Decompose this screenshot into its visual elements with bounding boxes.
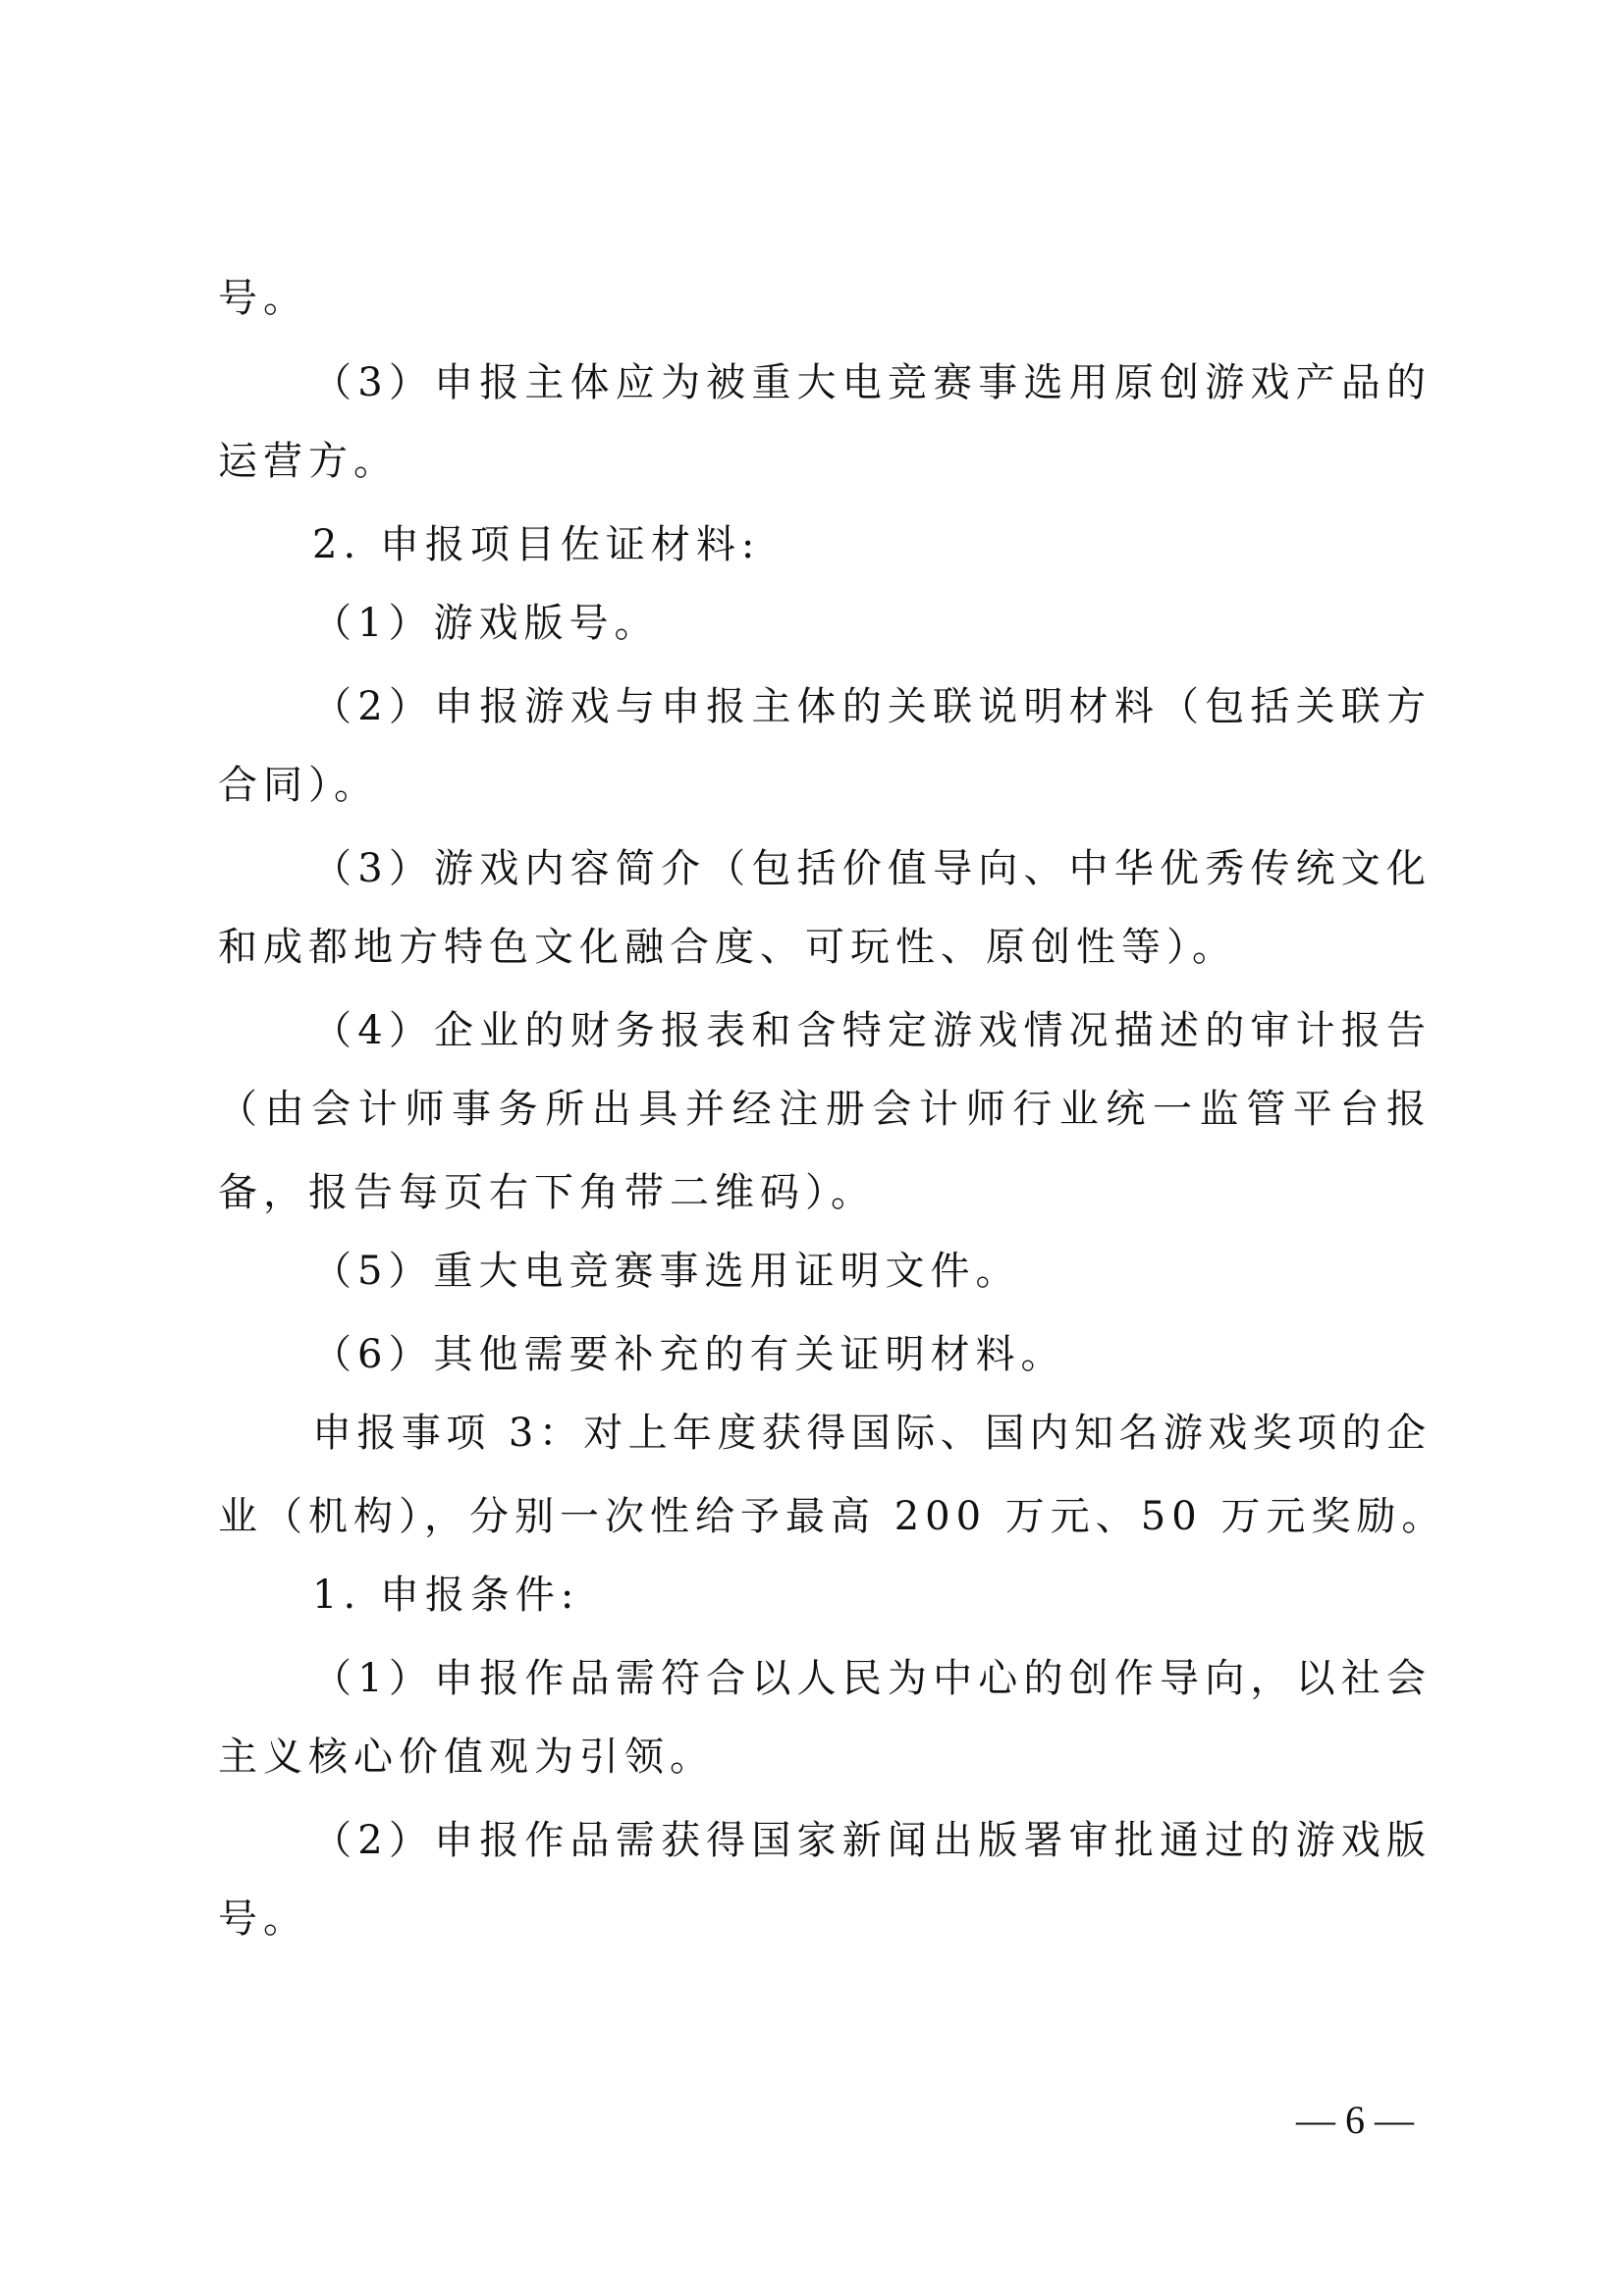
text-line: （4）企业的财务报表和含特定游戏情况描述的审计报告 [312, 1011, 1426, 1050]
text-line: 合同）。 [218, 766, 1426, 805]
text-line: 运营方。 [218, 442, 1426, 481]
text-line: （5）重大电竞赛事选用证明文件。 [312, 1252, 1426, 1291]
text-line: （6）其他需要补充的有关证明材料。 [312, 1335, 1426, 1374]
text-line: （3）申报主体应为被重大电竞赛事选用原创游戏产品的 [312, 363, 1426, 402]
text-line: （2）申报游戏与申报主体的关联说明材料（包括关联方 [312, 687, 1426, 726]
text-line: （2）申报作品需获得国家新闻出版署审批通过的游戏版 [312, 1821, 1426, 1860]
text-line: 号。 [218, 1899, 1426, 1939]
text-line: 和成都地方特色文化融合度、可玩性、原创性等）。 [218, 928, 1426, 967]
text-line: （3）游戏内容简介（包括价值导向、中华优秀传统文化 [312, 849, 1426, 888]
text-line: 1. 申报条件: [312, 1575, 1426, 1615]
text-line: 号。 [218, 279, 1426, 318]
text-line: （由会计师事务所出具并经注册会计师行业统一监管平台报 [218, 1090, 1426, 1129]
text-line: 业（机构），分别一次性给予最高 200 万元、50 万元奖励。 [218, 1497, 1426, 1536]
page-number: — 6 — [1281, 2101, 1429, 2140]
text-line: 备，报告每页右下角带二维码）。 [218, 1173, 1426, 1212]
text-line: 2. 申报项目佐证材料: [312, 525, 1426, 564]
text-line: 主义核心价值观为引领。 [218, 1737, 1426, 1777]
text-line: 申报事项 3：对上年度获得国际、国内知名游戏奖项的企 [312, 1414, 1426, 1453]
document-page: 号。（3）申报主体应为被重大电竞赛事选用原创游戏产品的运营方。2. 申报项目佐证… [0, 0, 1624, 2296]
text-line: （1）游戏版号。 [312, 604, 1426, 643]
text-line: （1）申报作品需符合以人民为中心的创作导向，以社会 [312, 1659, 1426, 1698]
